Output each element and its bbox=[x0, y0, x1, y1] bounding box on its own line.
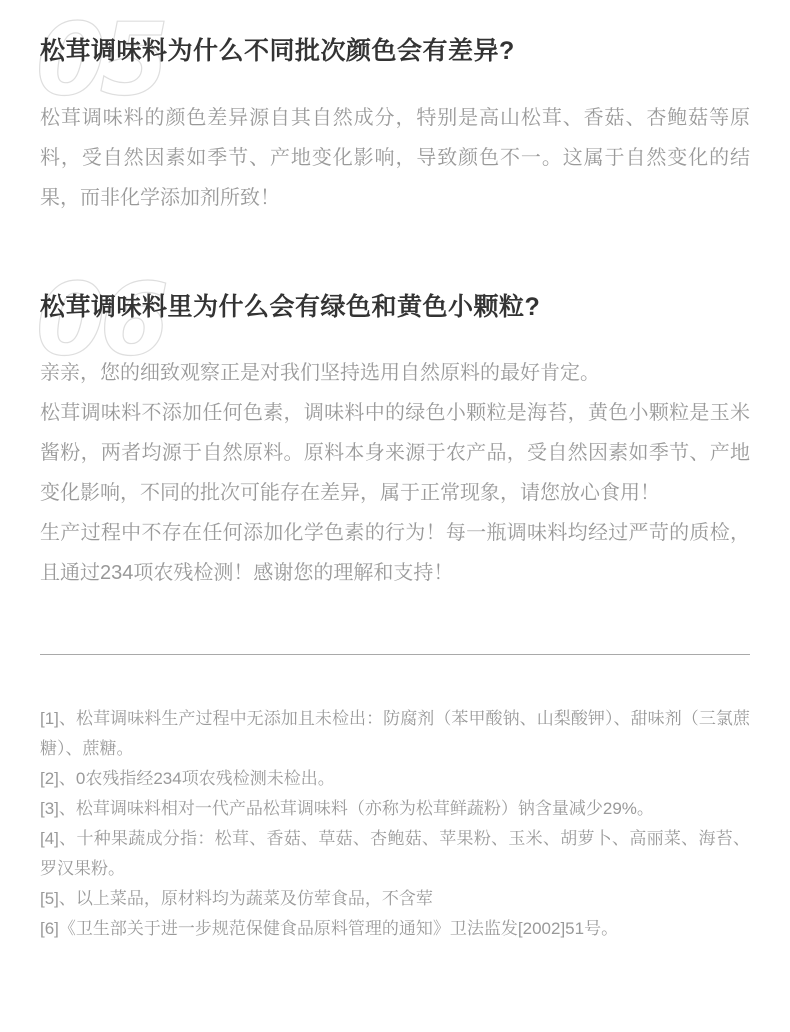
footnote-item: [3]、松茸调味料相对一代产品松茸调味料（亦称为松茸鲜蔬粉）钠含量减少29%。 bbox=[40, 794, 750, 824]
footnote-item: [4]、十种果蔬成分指：松茸、香菇、草菇、杏鲍菇、苹果粉、玉米、胡萝卜、高丽菜、… bbox=[40, 824, 750, 884]
paragraph: 松茸调味料不添加任何色素，调味料中的绿色小颗粒是海苔，黄色小颗粒是玉米酱粉，两者… bbox=[40, 393, 750, 513]
footnote-item: [5]、以上菜品，原材料均为蔬菜及仿荤食品，不含荤 bbox=[40, 884, 750, 914]
section-06-heading: 松茸调味料里为什么会有绿色和黄色小颗粒? bbox=[40, 292, 540, 322]
footnote-item: [6]《卫生部关于进一步规范保健食品原料管理的通知》卫法监发[2002]51号。 bbox=[40, 914, 750, 944]
footnote-item: [1]、松茸调味料生产过程中无添加且未检出：防腐剂（苯甲酸钠、山梨酸钾）、甜味剂… bbox=[40, 704, 750, 764]
section-05-header: 05 松茸调味料为什么不同批次颜色会有差异? bbox=[40, 8, 750, 98]
faq-page: 05 松茸调味料为什么不同批次颜色会有差异? 松茸调味料的颜色差异源自其自然成分… bbox=[0, 8, 790, 1032]
section-06-body: 亲亲，您的细致观察正是对我们坚持选用自然原料的最好肯定。 松茸调味料不添加任何色… bbox=[40, 353, 750, 593]
footnote-item: [2]、0农残指经234项农残检测未检出。 bbox=[40, 764, 750, 794]
section-06-header: 06 松茸调味料里为什么会有绿色和黄色小颗粒? bbox=[40, 268, 750, 353]
footnotes: [1]、松茸调味料生产过程中无添加且未检出：防腐剂（苯甲酸钠、山梨酸钾）、甜味剂… bbox=[40, 704, 750, 944]
divider bbox=[40, 654, 750, 655]
paragraph: 生产过程中不存在任何添加化学色素的行为！每一瓶调味料均经过严苛的质检，且通过23… bbox=[40, 513, 750, 593]
section-05-heading: 松茸调味料为什么不同批次颜色会有差异? bbox=[40, 36, 515, 66]
